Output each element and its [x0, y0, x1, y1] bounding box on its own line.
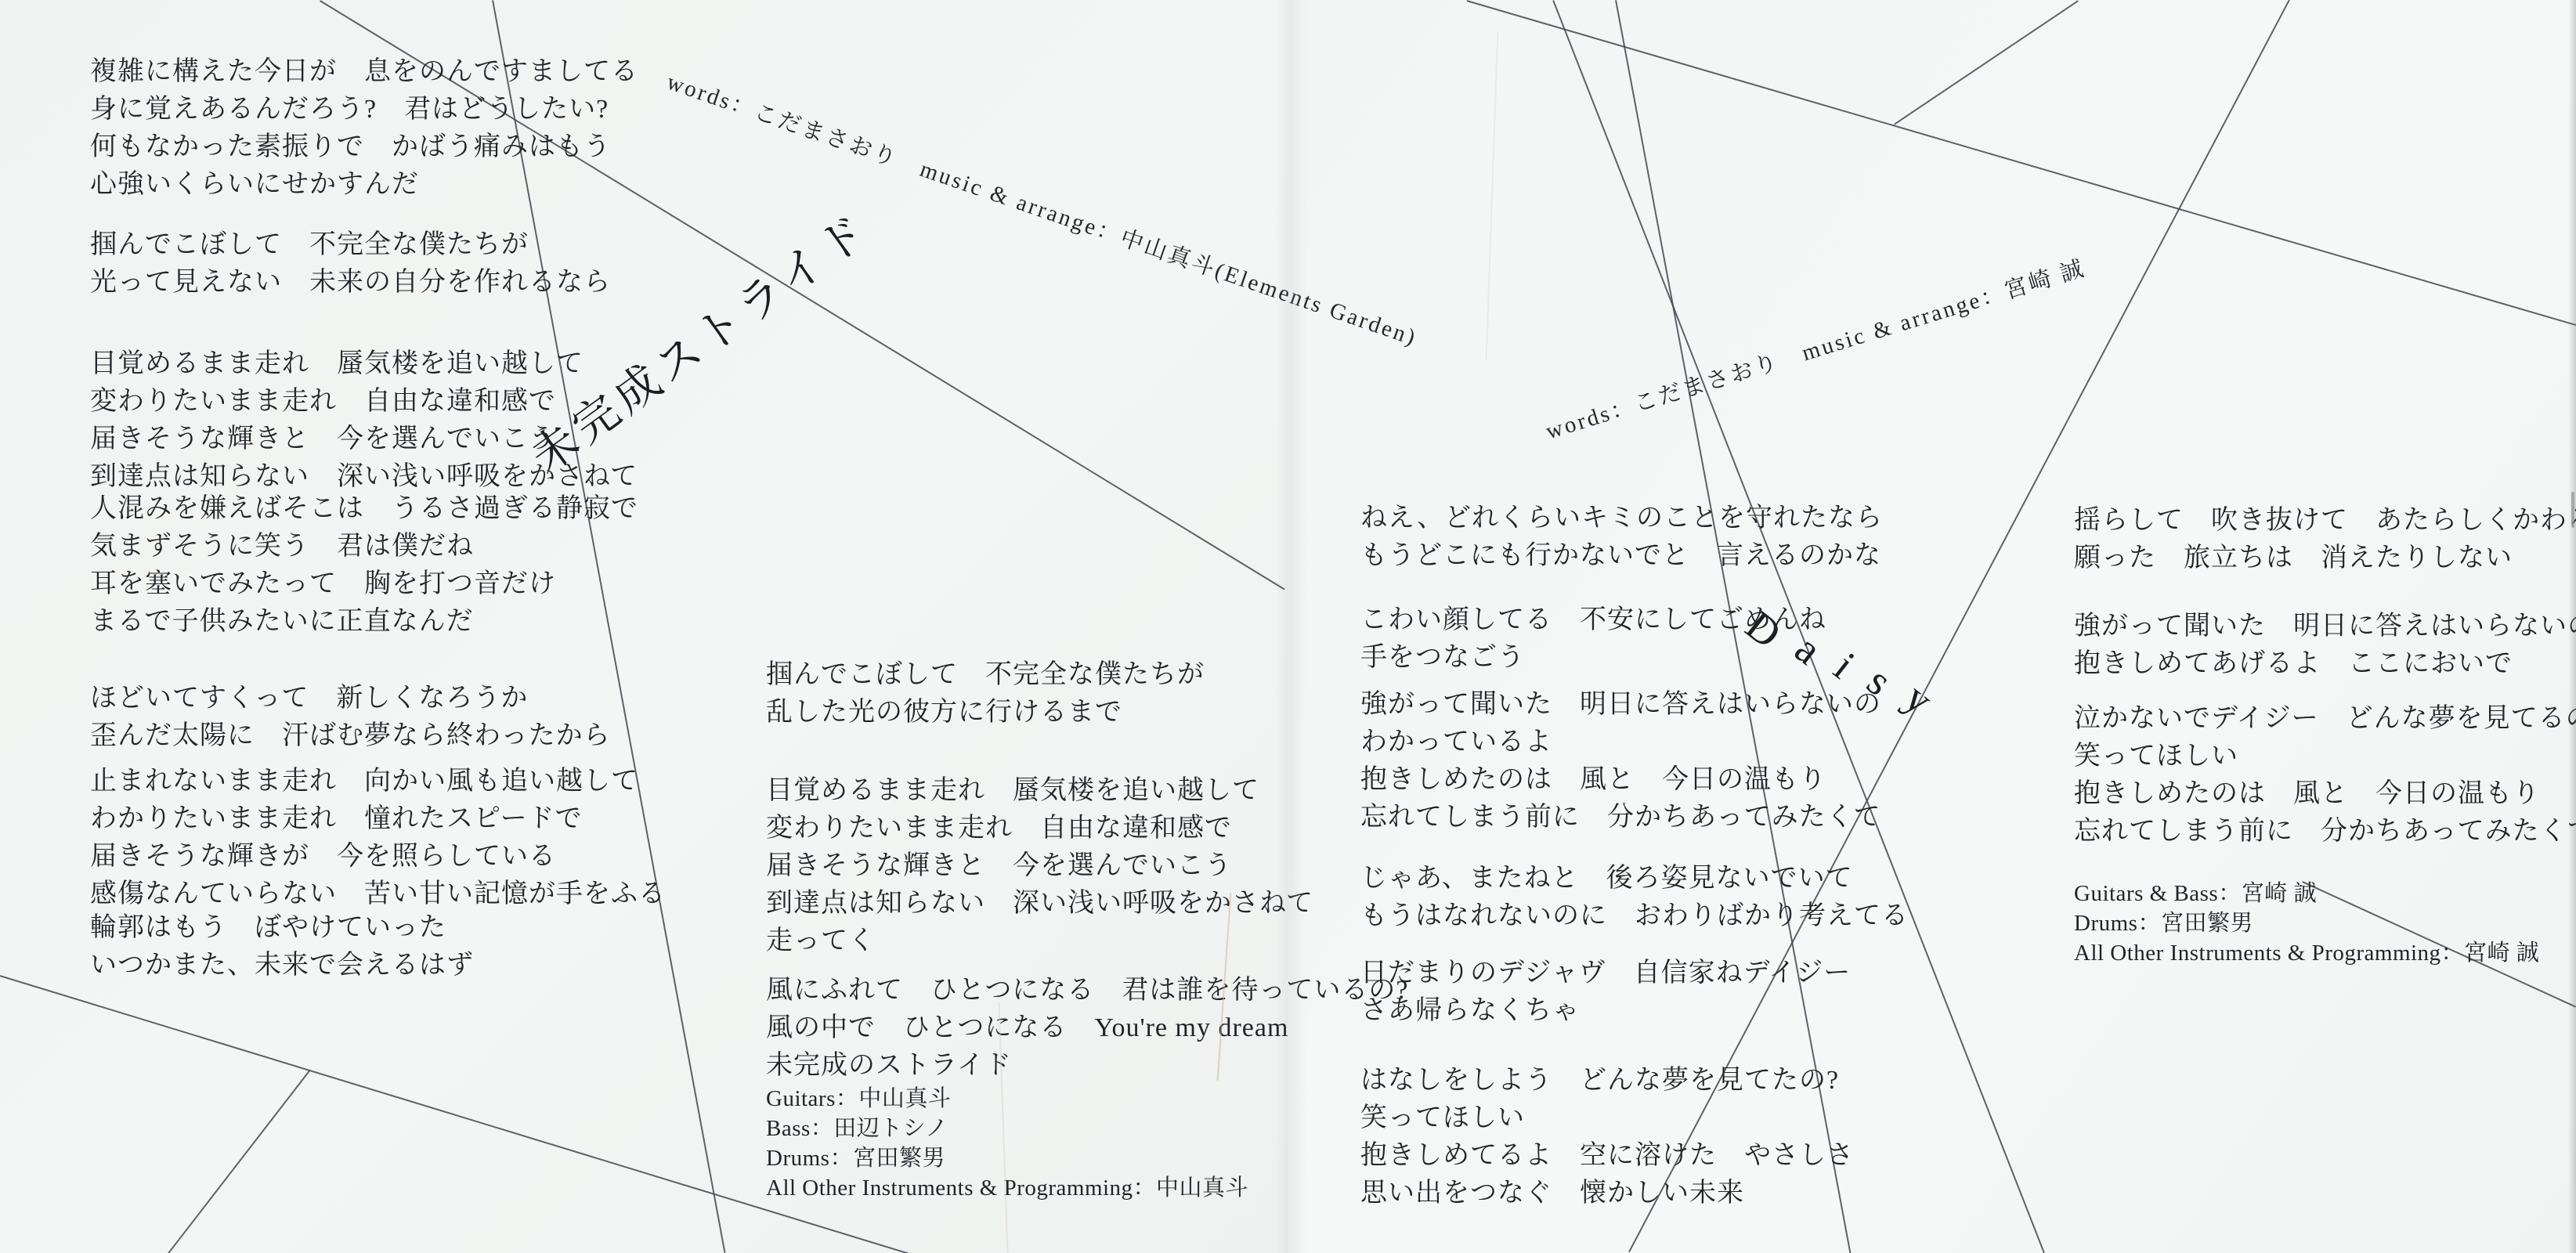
- text-line: 乱した光の彼方に行けるまで: [766, 694, 1205, 731]
- text-line: Guitars & Bass：宮崎 誠: [2074, 879, 2539, 908]
- text-line: 強がって聞いた 明日に答えはいらないの: [1360, 686, 1881, 724]
- lyrics-block: 掴んでこぼして 不完全な僕たちが乱した光の彼方に行けるまで: [766, 656, 1205, 731]
- lyrics-block: 輪郭はもう ぼやけていったいつかまた、未来で会えるはず: [90, 909, 474, 984]
- text-line: もうどこにも行かないでと 言えるのかな: [1360, 537, 1883, 575]
- text-line: 届きそうな輝きが 今を照らしている: [90, 838, 666, 876]
- text-line: 手をつなごう: [1360, 639, 1826, 677]
- text-line: 掴んでこぼして 不完全な僕たちが: [90, 226, 611, 264]
- text-line: 歪んだ太陽に 汗ばむ夢なら終わったから: [90, 717, 611, 755]
- lyrics-block: 強がって聞いた 明日に答えはいらないのわかっているよ抱きしめたのは 風と 今日の…: [1360, 686, 1881, 836]
- text-line: ほどいてすくって 新しくなろうか: [90, 680, 611, 717]
- text-line: Guitars：中山真斗: [766, 1084, 1248, 1114]
- text-line: 思い出をつなぐ 懐かしい未来: [1360, 1175, 1854, 1212]
- lyrics-block: ほどいてすくって 新しくなろうか歪んだ太陽に 汗ばむ夢なら終わったから: [90, 680, 611, 755]
- lyrics-block: 日だまりのデジャヴ 自信家ねデイジーさあ帰らなくちゃ: [1360, 955, 1851, 1030]
- text-line: さあ帰らなくちゃ: [1360, 992, 1851, 1030]
- text-line: 目覚めるまま走れ 蜃気楼を追い越して: [90, 345, 638, 383]
- text-line: Drums：宮田繁男: [2074, 908, 2539, 938]
- scan-edge-shadow: [2568, 0, 2576, 1253]
- text-line: 変わりたいまま走れ 自由な違和感で: [90, 383, 638, 421]
- text-line: こわい顔してる 不安にしてごめんね: [1360, 601, 1826, 639]
- text-line: 未完成のストライド: [766, 1047, 1408, 1085]
- lyrics-block: 泣かないでデイジー どんな夢を見てるの?笑ってほしい抱きしめたのは 風と 今日の…: [2074, 700, 2576, 850]
- text-line: 風にふれて ひとつになる 君は誰を待っているの?: [766, 972, 1408, 1009]
- lyrics-block: ねえ、どれくらいキミのことを守れたならもうどこにも行かないでと 言えるのかな: [1360, 500, 1883, 575]
- text-line: 走ってく: [766, 923, 1313, 960]
- lyrics-block: こわい顔してる 不安にしてごめんね手をつなごう: [1360, 601, 1826, 677]
- text-line: ねえ、どれくらいキミのことを守れたなら: [1360, 500, 1883, 537]
- text-line: 笑ってほしい: [1360, 1100, 1854, 1137]
- lyrics-block: 掴んでこぼして 不完全な僕たちが光って見えない 未来の自分を作れるなら: [90, 226, 611, 302]
- lyrics-block: 風にふれて ひとつになる 君は誰を待っているの?風の中で ひとつになる You'…: [766, 972, 1408, 1085]
- text-line: 抱きしめてるよ 空に溶けた やさしさ: [1360, 1137, 1854, 1175]
- text-line: 日だまりのデジャヴ 自信家ねデイジー: [1360, 955, 1851, 992]
- text-line: 笑ってほしい: [2074, 738, 2576, 775]
- text-line: いつかまた、未来で会えるはず: [90, 947, 474, 984]
- lyrics-block: 人混みを嫌えばそこは うるさ過ぎる静寂で気まずそうに笑う 君は僕だね耳を塞いでみ…: [90, 490, 638, 641]
- text-line: 複雑に構えた今日が 息をのんですましてる: [90, 53, 638, 91]
- lyrics-block: 目覚めるまま走れ 蜃気楼を追い越して変わりたいまま走れ 自由な違和感で届きそうな…: [766, 772, 1313, 960]
- text-line: じゃあ、またねと 後ろ姿見ないでいて: [1360, 860, 1909, 897]
- lyrics-block: じゃあ、またねと 後ろ姿見ないでいてもうはなれないのに おわりばかり考えてる: [1360, 860, 1909, 935]
- text-line: 光って見えない 未来の自分を作れるなら: [90, 264, 611, 302]
- text-line: 輪郭はもう ぼやけていった: [90, 909, 474, 947]
- text-line: 変わりたいまま走れ 自由な違和感で: [766, 810, 1313, 847]
- text-line: 抱きしめたのは 風と 今日の温もり: [2074, 775, 2576, 813]
- text-line: 気まずそうに笑う 君は僕だね: [90, 528, 638, 565]
- lyrics-block: はなしをしよう どんな夢を見てたの?笑ってほしい抱きしめてるよ 空に溶けた やさ…: [1360, 1062, 1854, 1212]
- text-line: 心強いくらいにせかすんだ: [90, 166, 638, 204]
- text-line: 感傷なんていらない 苦い甘い記憶が手をふる: [90, 876, 666, 913]
- text-line: 抱きしめてあげるよ ここにおいで: [2074, 645, 2576, 683]
- text-line: Bass：田辺トシノ: [766, 1114, 1248, 1143]
- text-line: 身に覚えあるんだろう? 君はどうしたい?: [90, 91, 638, 128]
- text-line: 強がって聞いた 明日に答えはいらないの: [2074, 608, 2576, 645]
- text-line: All Other Instruments & Programming：宮崎 誠: [2074, 938, 2539, 968]
- text-line: まるで子供みたいに正直なんだ: [90, 603, 638, 641]
- text-line: 抱きしめたのは 風と 今日の温もり: [1360, 761, 1881, 799]
- text-line: 到達点は知らない 深い浅い呼吸をかさねて: [766, 885, 1313, 923]
- text-line: はなしをしよう どんな夢を見てたの?: [1360, 1062, 1854, 1100]
- text-line: 届きそうな輝きと 今を選んでいこう: [766, 847, 1313, 885]
- text-line: 目覚めるまま走れ 蜃気楼を追い越して: [766, 772, 1313, 810]
- text-line: 忘れてしまう前に 分かちあってみたくて: [1360, 799, 1881, 836]
- text-line: Drums：宮田繁男: [766, 1143, 1248, 1173]
- lyrics-block: 強がって聞いた 明日に答えはいらないの抱きしめてあげるよ ここにおいで: [2074, 608, 2576, 683]
- diagonal-line: [168, 1070, 311, 1253]
- scan-edge-mark: [2571, 492, 2574, 528]
- text-line: 揺らして 吹き抜けて あたらしくかわる: [2074, 502, 2576, 540]
- lyrics-block: 目覚めるまま走れ 蜃気楼を追い越して変わりたいまま走れ 自由な違和感で届きそうな…: [90, 345, 638, 496]
- text-line: わかりたいまま走れ 憧れたスピードで: [90, 800, 666, 838]
- text-line: 泣かないでデイジー どんな夢を見てるの?: [2074, 700, 2576, 738]
- text-line: わかっているよ: [1360, 724, 1881, 761]
- text-line: 忘れてしまう前に 分かちあってみたくて: [2074, 813, 2576, 850]
- text-line: 何もなかった素振りで かばう痛みはもう: [90, 128, 638, 166]
- text-line: 掴んでこぼして 不完全な僕たちが: [766, 656, 1205, 694]
- text-line: 届きそうな輝きと 今を選んでいこう: [90, 421, 638, 458]
- lyrics-block: 揺らして 吹き抜けて あたらしくかわる願った 旅立ちは 消えたりしない: [2074, 502, 2576, 577]
- lyrics-block: 止まれないまま走れ 向かい風も追い越してわかりたいまま走れ 憧れたスピードで届き…: [90, 763, 666, 913]
- musician-credits-left: Guitars：中山真斗Bass：田辺トシノDrums：宮田繁男All Othe…: [766, 1084, 1248, 1203]
- text-line: All Other Instruments & Programming：中山真斗: [766, 1173, 1248, 1203]
- text-line: 止まれないまま走れ 向かい風も追い越して: [90, 763, 666, 800]
- booklet-scan: words：こだまさおり music & arrange：中山真斗(Elemen…: [0, 0, 2576, 1253]
- diagonal-line: [1894, 0, 2079, 125]
- musician-credits-right: Guitars & Bass：宮崎 誠Drums：宮田繁男All Other I…: [2074, 879, 2539, 968]
- text-line: 風の中で ひとつになる You're my dream: [766, 1009, 1408, 1047]
- lyrics-block: 複雑に構えた今日が 息をのんですましてる身に覚えあるんだろう? 君はどうしたい?…: [90, 53, 638, 204]
- text-line: 願った 旅立ちは 消えたりしない: [2074, 540, 2576, 577]
- text-line: 耳を塞いでみたって 胸を打つ音だけ: [90, 565, 638, 603]
- text-line: もうはなれないのに おわりばかり考えてる: [1360, 897, 1909, 935]
- text-line: 人混みを嫌えばそこは うるさ過ぎる静寂で: [90, 490, 638, 528]
